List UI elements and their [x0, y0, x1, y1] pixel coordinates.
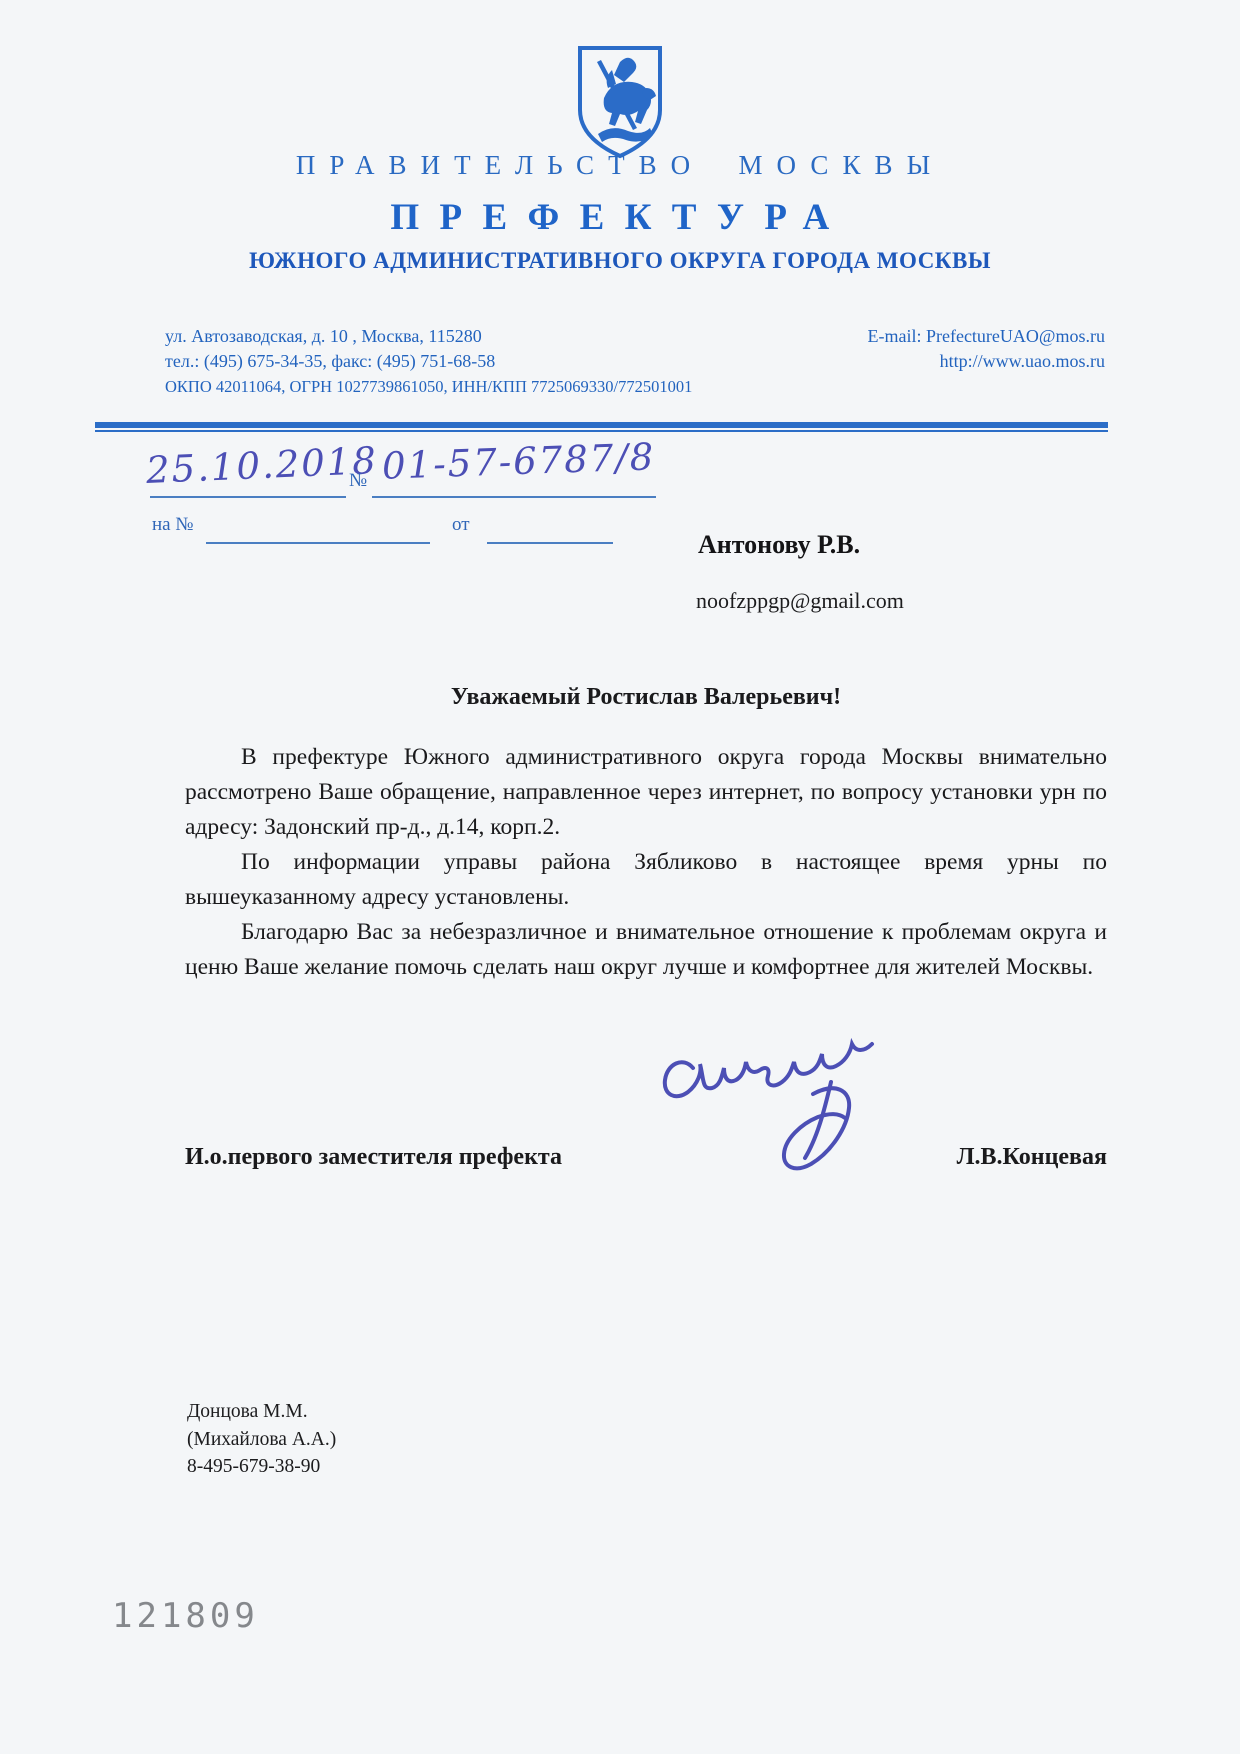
contact-block-left: ул. Автозаводская, д. 10 , Москва, 11528…: [165, 324, 692, 399]
executor-phone: 8-495-679-38-90: [187, 1453, 336, 1481]
phone-fax-line: тел.: (495) 675-34-35, факс: (495) 751-6…: [165, 349, 692, 374]
date-underline: [150, 496, 346, 498]
executor-name: Донцова М.М.: [187, 1398, 336, 1426]
signature-row: И.о.первого заместителя префекта Л.В.Кон…: [185, 1144, 1107, 1171]
paragraph-2: По информации управы района Зябликово в …: [185, 845, 1107, 915]
from-label: от: [452, 514, 470, 536]
executor-alt-name: (Михайлова А.А.): [187, 1426, 336, 1454]
handwritten-signature: [655, 1032, 915, 1197]
number-sign-label: №: [349, 470, 367, 492]
executor-contact-block: Донцова М.М. (Михайлова А.А.) 8-495-679-…: [187, 1398, 336, 1481]
letter-body: В префектуре Южного административного ок…: [185, 740, 1107, 985]
address-line: ул. Автозаводская, д. 10 , Москва, 11528…: [165, 324, 692, 349]
from-underline: [487, 542, 613, 544]
recipient-email: noofzppgp@gmail.com: [696, 588, 904, 614]
page-stamp-number: 121809: [112, 1596, 259, 1636]
signer-name: Л.В.Концевая: [957, 1144, 1107, 1171]
handwritten-outgoing-number: 01-57-6787/8: [381, 435, 656, 488]
email-line: E-mail: PrefectureUAO@mos.ru: [867, 324, 1105, 349]
paragraph-1: В префектуре Южного административного ок…: [185, 740, 1107, 845]
contact-block-right: E-mail: PrefectureUAO@mos.ru http://www.…: [867, 324, 1105, 374]
scanned-letter-page: ПРАВИТЕЛЬСТВО МОСКВЫ ПРЕФЕКТУРА ЮЖНОГО А…: [0, 0, 1240, 1754]
website-line: http://www.uao.mos.ru: [867, 349, 1105, 374]
reply-to-label: на №: [152, 514, 193, 536]
paragraph-3: Благодарю Вас за небезразличное и внимат…: [185, 915, 1107, 985]
header-district: ЮЖНОГО АДМИНИСТРАТИВНОГО ОКРУГА ГОРОДА М…: [60, 248, 1180, 274]
recipient-name: Антонову Р.В.: [698, 530, 860, 560]
handwritten-date: 25.10.2018: [145, 439, 379, 492]
number-underline: [372, 496, 656, 498]
salutation: Уважаемый Ростислав Валерьевич!: [185, 684, 1107, 711]
registration-line: ОКПО 42011064, ОГРН 1027739861050, ИНН/К…: [165, 374, 692, 399]
letterhead-divider: [95, 422, 1108, 432]
header-prefecture: ПРЕФЕКТУРА: [60, 196, 1180, 239]
reply-number-underline: [206, 542, 430, 544]
signer-position-title: И.о.первого заместителя префекта: [185, 1144, 562, 1171]
header-government: ПРАВИТЕЛЬСТВО МОСКВЫ: [60, 150, 1180, 181]
moscow-coat-of-arms-icon: [574, 44, 666, 160]
